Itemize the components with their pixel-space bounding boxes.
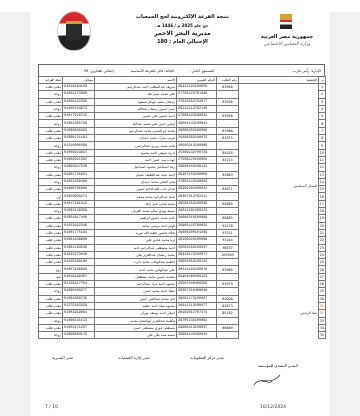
mobile-number: 01061163536: [63, 244, 95, 251]
person-name: امل محمد عبدالغني حسن: [95, 295, 177, 302]
person-name: محمد ابو الحسن محمد عبدالرحيم: [95, 127, 177, 134]
person-name: ايهاب سيد حسن احمد: [95, 156, 177, 163]
relation: زوجة: [39, 164, 63, 171]
row-number: 13: [319, 171, 326, 178]
person-name: احمد حسين علي حسين: [95, 113, 177, 120]
person-name: بدرية شوقي احمد محمود: [95, 149, 177, 156]
person-name: غريب مبارك محمد حمدان: [95, 135, 177, 142]
level: المستوى الثاني: [191, 69, 214, 73]
row-number: 7: [319, 127, 326, 134]
col-mobile: موبايل: [63, 77, 95, 84]
mobile-number: 01019184150: [63, 84, 95, 91]
col-national-id: الرقم القومي: [177, 77, 217, 84]
relation: مقدم طلب: [39, 229, 63, 236]
person-name: محمود سعد احمد عطيه: [95, 302, 177, 309]
request-number: [217, 120, 239, 127]
relation: مقدم طلب: [39, 251, 63, 258]
request-number: 83975: [217, 135, 239, 142]
table-row: 1الشبان المسلمين8394626411193100056شريف …: [39, 84, 326, 91]
national-id: 28410173100077: [177, 251, 217, 258]
national-id: 26911113100077: [177, 302, 217, 309]
col-no: م: [319, 77, 326, 84]
row-number: 25: [319, 259, 326, 266]
mobile-number: 01210006499: [63, 142, 95, 149]
person-name: عدلي جاب الله الدايخ حسين: [95, 186, 177, 193]
request-number: [217, 259, 239, 266]
request-number: 88685: [217, 215, 239, 222]
mobile-number: 01002471207: [63, 324, 95, 331]
relation: مقدم طلب: [39, 259, 63, 266]
relation: مقدم طلب: [39, 295, 63, 302]
request-number: [217, 317, 239, 324]
national-id: 27802123100063: [177, 178, 217, 185]
results-sheet: الإدارة: رأس غارب المستوى الثاني الحالة:…: [38, 64, 325, 339]
relation: ابنة: [39, 273, 63, 280]
request-number: 84671: [217, 186, 239, 193]
request-number: 96537: [217, 244, 239, 251]
row-number: 26: [319, 266, 326, 273]
mobile-number: 01066609263: [63, 127, 95, 134]
relation: مقدم طلب: [39, 113, 63, 120]
mobile-number: 01001273900: [63, 91, 95, 98]
row-number: 9: [319, 142, 326, 149]
relation: مقدم طلب: [39, 244, 63, 251]
national-id: 27610202702877: [177, 98, 217, 105]
national-id: 26608213100037: [177, 324, 217, 331]
person-name: ايناس حسن علي محمد عبدالله: [95, 120, 177, 127]
row-number: 10: [319, 149, 326, 156]
relation: زوجة: [39, 105, 63, 112]
person-name: الهام احمد مرسي محمد: [95, 222, 177, 229]
mobile-number: 01228417764: [63, 281, 95, 288]
person-name: عماد عبدالرحيم محمد محمد: [95, 193, 177, 200]
relation: زوجة: [39, 332, 63, 339]
grand-total: الإجمالي العام : 180: [125, 39, 240, 45]
mobile-number: 01066141113: [63, 317, 95, 324]
national-id: 28901140400044: [177, 332, 217, 339]
relation: مقدم طلب: [39, 215, 63, 222]
status: الحالة: فائز بالقرعة الأساسية: [131, 69, 174, 73]
request-number: 85182: [217, 310, 239, 317]
national-id: 26503163100037: [177, 244, 217, 251]
person-name: فاطمة عبدالوهاب محمد حارث: [95, 259, 177, 266]
request-number: [217, 142, 239, 149]
republic-label: جمهورية مصر العربية: [256, 34, 318, 40]
relation: مقدم طلب: [39, 222, 63, 229]
person-name: هدى الظني محمد حمدان: [95, 178, 177, 185]
national-id: 28604053100132: [177, 259, 217, 266]
administration: الإدارة: رأس غارب: [293, 69, 321, 73]
request-number: 88689: [217, 324, 239, 331]
mobile-number: 01022273030: [63, 251, 95, 258]
mobile-number: 01001775184: [63, 229, 95, 236]
mobile-number: 01091638800: [63, 237, 95, 244]
directorate: مديرية البحر الاحمر: [125, 30, 240, 37]
row-number: 34: [319, 324, 326, 331]
national-id: 26501173100067: [177, 295, 217, 302]
person-name: سعاد احمد محمد حسن: [95, 288, 177, 295]
row-number: 20: [319, 222, 326, 229]
national-id: 28008283100096: [177, 127, 217, 134]
relation: مقدم طلب: [39, 84, 63, 91]
national-id: 28407012702211: [177, 193, 217, 200]
relation: مقدم طلب: [39, 171, 63, 178]
person-name: بسمة مهدي سالم محمد الغريان: [95, 208, 177, 215]
request-number: 84684: [217, 200, 239, 207]
table-row: 29عباد الرحمن26307310400048سعاد احمد محم…: [39, 288, 326, 295]
request-number: 93244: [217, 237, 239, 244]
person-name: محمد رمضان عبدالعزيز علي: [95, 251, 177, 258]
person-name: محمود احمد مراد عبدالرحيم: [95, 281, 177, 288]
document-page: نتيجة القرعة الإلكترونية لحج الجمعيات حج…: [30, 12, 330, 416]
person-name: فاطمة عبدالعزيز ابوالفضل محمد: [95, 317, 177, 324]
relation: مقدم طلب: [39, 127, 63, 134]
meta-row: الإدارة: رأس غارب المستوى الثاني الحالة:…: [38, 64, 325, 76]
mobile-number: 01016189407: [63, 273, 95, 280]
mobile-number: 01068795688: [63, 186, 95, 193]
relation: زوجة: [39, 288, 63, 295]
eagle-emblem-icon: [280, 14, 292, 29]
request-number: 83958: [217, 113, 239, 120]
doc-subtitle: حج عام 2025 م / 1446 هـ: [125, 23, 240, 28]
row-number: 27: [319, 273, 326, 280]
mobile-number: 01005518973: [63, 105, 95, 112]
relation: مقدم طلب: [39, 186, 63, 193]
row-number: 8: [319, 135, 326, 142]
row-number: 21: [319, 229, 326, 236]
national-id: 27906193100032: [177, 113, 217, 120]
national-id: 26608210100988: [177, 215, 217, 222]
hajj-logo-icon: [58, 12, 90, 50]
row-number: 12: [319, 164, 326, 171]
request-number: 84663: [217, 171, 239, 178]
person-name: رمضان سعيد ابوبكر مسعود: [95, 98, 177, 105]
mobile-number: 01001745831: [63, 171, 95, 178]
relation: زوجة: [39, 317, 63, 324]
ministry-label: وزارة التضامن الاجتماعي: [256, 42, 318, 47]
national-id: 25409132700729: [177, 149, 217, 156]
mobile-number: 01008222336: [63, 98, 95, 105]
national-id: 28705133100082: [177, 317, 217, 324]
mobile-number: 01099647536: [63, 164, 95, 171]
request-number: 84673: [217, 302, 239, 309]
person-name: اسلام احمد يوسف مهران: [95, 310, 177, 317]
person-name: احمد عبده عبداللطيف عثمان: [95, 171, 177, 178]
mobile-number: 01007940898: [63, 266, 95, 273]
signatures: مدير المديرية مدير إدارة الجمعيات مدير م…: [30, 355, 330, 415]
row-number: 28: [319, 281, 326, 288]
mobile-number: 01275583329: [63, 302, 95, 309]
national-id: 26411193100056: [177, 84, 217, 91]
mobile-number: 01017181412: [63, 200, 95, 207]
national-id: 28608203100144: [177, 164, 217, 171]
national-id: 27706222701009: [177, 91, 217, 98]
row-number: 15: [319, 186, 326, 193]
national-id: 25507040400259: [177, 281, 217, 288]
mobile-number: 01098684176: [63, 332, 95, 339]
request-number: 83946: [217, 84, 239, 91]
col-relation: صلة القرابة: [39, 77, 63, 84]
person-name: نادية محمد حسين ابراهيم: [95, 215, 177, 222]
association-name: عباد الرحمن: [239, 288, 319, 339]
person-name: بسمة سيد علي علي: [95, 332, 177, 339]
row-number: 32: [319, 310, 326, 317]
national-id: 28102012707374: [177, 310, 217, 317]
row-number: 24: [319, 251, 326, 258]
person-name: رشا اسماعيل محمود اسماعيل: [95, 164, 177, 171]
relation: ابن: [39, 193, 63, 200]
person-name: علي عبدالهادي محمد احمد: [95, 266, 177, 273]
person-name: نادية محمد بريري عبدالرحمن: [95, 142, 177, 149]
person-name: شريف عبدالمطلب احمد عبدالرحيم: [95, 84, 177, 91]
row-number: 18: [319, 208, 326, 215]
row-number: 5: [319, 113, 326, 120]
sig-it-director: مدير مركز المعلومات: [190, 355, 224, 360]
request-number: [217, 193, 239, 200]
row-number: 14: [319, 178, 326, 185]
relation: زوجة: [39, 91, 63, 98]
relation: مقدم طلب: [39, 135, 63, 142]
request-number: 83956: [217, 98, 239, 105]
national-id: 29011291200223: [177, 208, 217, 215]
national-id: 26407153100056: [177, 171, 217, 178]
relation: مقدم طلب: [39, 302, 63, 309]
request-number: [217, 91, 239, 98]
row-number: 29: [319, 288, 326, 295]
person-name: ثريا محمد عباس علي: [95, 237, 177, 244]
sig-governorate-director: مدير المديرية: [52, 355, 73, 360]
mobile-number: 01017929715: [63, 113, 95, 120]
relation: زوجة: [39, 178, 63, 185]
row-number: 6: [319, 120, 326, 127]
request-number: 84006: [217, 295, 239, 302]
mobile-number: 01063130358: [63, 208, 95, 215]
row-number: 31: [319, 302, 326, 309]
row-number: 19: [319, 215, 326, 222]
mobile-number: 01006121181: [63, 135, 95, 142]
request-number: 83966: [217, 127, 239, 134]
person-name: احمد مصطفى عبدالرحيم حامد: [95, 244, 177, 251]
sig-associations-director: مدير إدارة الجمعيات: [118, 355, 150, 360]
relation: مقدم طلب: [39, 281, 63, 288]
national-id: 26404060400123: [177, 273, 217, 280]
mobile-number: 01023022346: [63, 222, 95, 229]
row-number: 17: [319, 200, 326, 207]
request-number: 83960: [217, 266, 239, 273]
national-id: 27508123100056: [177, 156, 217, 163]
top-strip: [0, 0, 360, 12]
relation: مقدم طلب: [39, 324, 63, 331]
request-number: [217, 178, 239, 185]
person-name: سمر حسين رمضان عبدالله: [95, 105, 177, 112]
row-number: 35: [319, 332, 326, 339]
relation: مقدم طلب: [39, 237, 63, 244]
row-number: 33: [319, 317, 326, 324]
relation: مقدم طلب: [39, 156, 63, 163]
mobile-number: 01001209496: [63, 178, 95, 185]
mobile-number: 01004817440: [63, 215, 95, 222]
row-number: 11: [319, 156, 326, 163]
request-number: [217, 273, 239, 280]
national-id: 26808300101269: [177, 229, 217, 236]
mobile-number: 01025588190: [63, 259, 95, 266]
mobile-number: 01090308277: [63, 288, 95, 295]
person-name: مصطفى فوزي مصطفى حسن: [95, 324, 177, 331]
mobile-number: 01009621302: [63, 156, 95, 163]
request-number: 84224: [217, 156, 239, 163]
mobile-number: 01092009726: [63, 295, 95, 302]
national-id: 26408303100072: [177, 135, 217, 142]
row-number: 23: [319, 244, 326, 251]
kaaba-icon: [66, 21, 82, 40]
national-id: 28001143100041: [177, 120, 217, 127]
national-id: 29211112702148: [177, 105, 217, 112]
national-id: 26307310400048: [177, 288, 217, 295]
page-number: 7 / 10: [45, 405, 58, 410]
national-id: 26109023100088: [177, 237, 217, 244]
request-number: 83979: [217, 281, 239, 288]
request-number: 103904: [217, 251, 239, 258]
relation: مقدم طلب: [39, 200, 63, 207]
row-number: 16: [319, 193, 326, 200]
sig-tech-director: المدير التنفيذي للمؤسسة: [258, 363, 298, 368]
request-number: [217, 164, 239, 171]
relation: زوجة: [39, 208, 63, 215]
print-date: 16/12/2024: [260, 405, 286, 410]
row-number: 2: [319, 91, 326, 98]
request-number: [217, 288, 239, 295]
doc-title: نتيجة القرعة الإلكترونية لحج الجمعيات: [125, 14, 240, 20]
row-number: 1: [319, 84, 326, 91]
national-id: 26505013100066: [177, 142, 217, 149]
person-name: سعدية حسين محمد مصطفى: [95, 273, 177, 280]
row-number: 3: [319, 98, 326, 105]
association-name: الشبان المسلمين: [239, 84, 319, 288]
national-id: 26605122700622: [177, 222, 217, 229]
request-number: 84020: [217, 149, 239, 156]
row-number: 30: [319, 295, 326, 302]
relation: مقدم طلب: [39, 98, 63, 105]
row-number: 4: [319, 105, 326, 112]
row-number: 22: [319, 237, 326, 244]
relation: زوجة: [39, 120, 63, 127]
request-number: 92576: [217, 222, 239, 229]
request-number: 93221: [217, 229, 239, 236]
table-header: م الجمعية رقم الطلب الرقم القومي الاسم م…: [39, 77, 326, 84]
request-number: [217, 208, 239, 215]
national-id: 26508253100035: [177, 200, 217, 207]
national-id: 28111193100076: [177, 266, 217, 273]
relation: زوج: [39, 266, 63, 273]
mobile-number: 01550028274: [63, 193, 95, 200]
mobile-number: 01009643837: [63, 149, 95, 156]
request-number: [217, 332, 239, 339]
winners-total: إجمالي الفائزين: 39: [84, 69, 114, 73]
signature-scribble-icon: [252, 373, 282, 387]
relation: مقدم طلب: [39, 310, 63, 317]
relation: مقدم طلب: [39, 149, 63, 156]
col-association: الجمعية: [239, 77, 319, 84]
results-table: م الجمعية رقم الطلب الرقم القومي الاسم م…: [38, 76, 326, 339]
person-name: نجلاء عاشور عطية الله ابوزيد: [95, 229, 177, 236]
request-number: [217, 105, 239, 112]
mobile-number: 01002919081: [63, 310, 95, 317]
col-name: الاسم: [95, 77, 177, 84]
national-id: 26309303400042: [177, 186, 217, 193]
person-name: محمد فتحي عمر زاهد: [95, 200, 177, 207]
relation: زوجة: [39, 142, 63, 149]
col-request: رقم الطلب: [217, 77, 239, 84]
person-name: علي محمد بشير طه: [95, 91, 177, 98]
mobile-number: 01001305768: [63, 120, 95, 127]
